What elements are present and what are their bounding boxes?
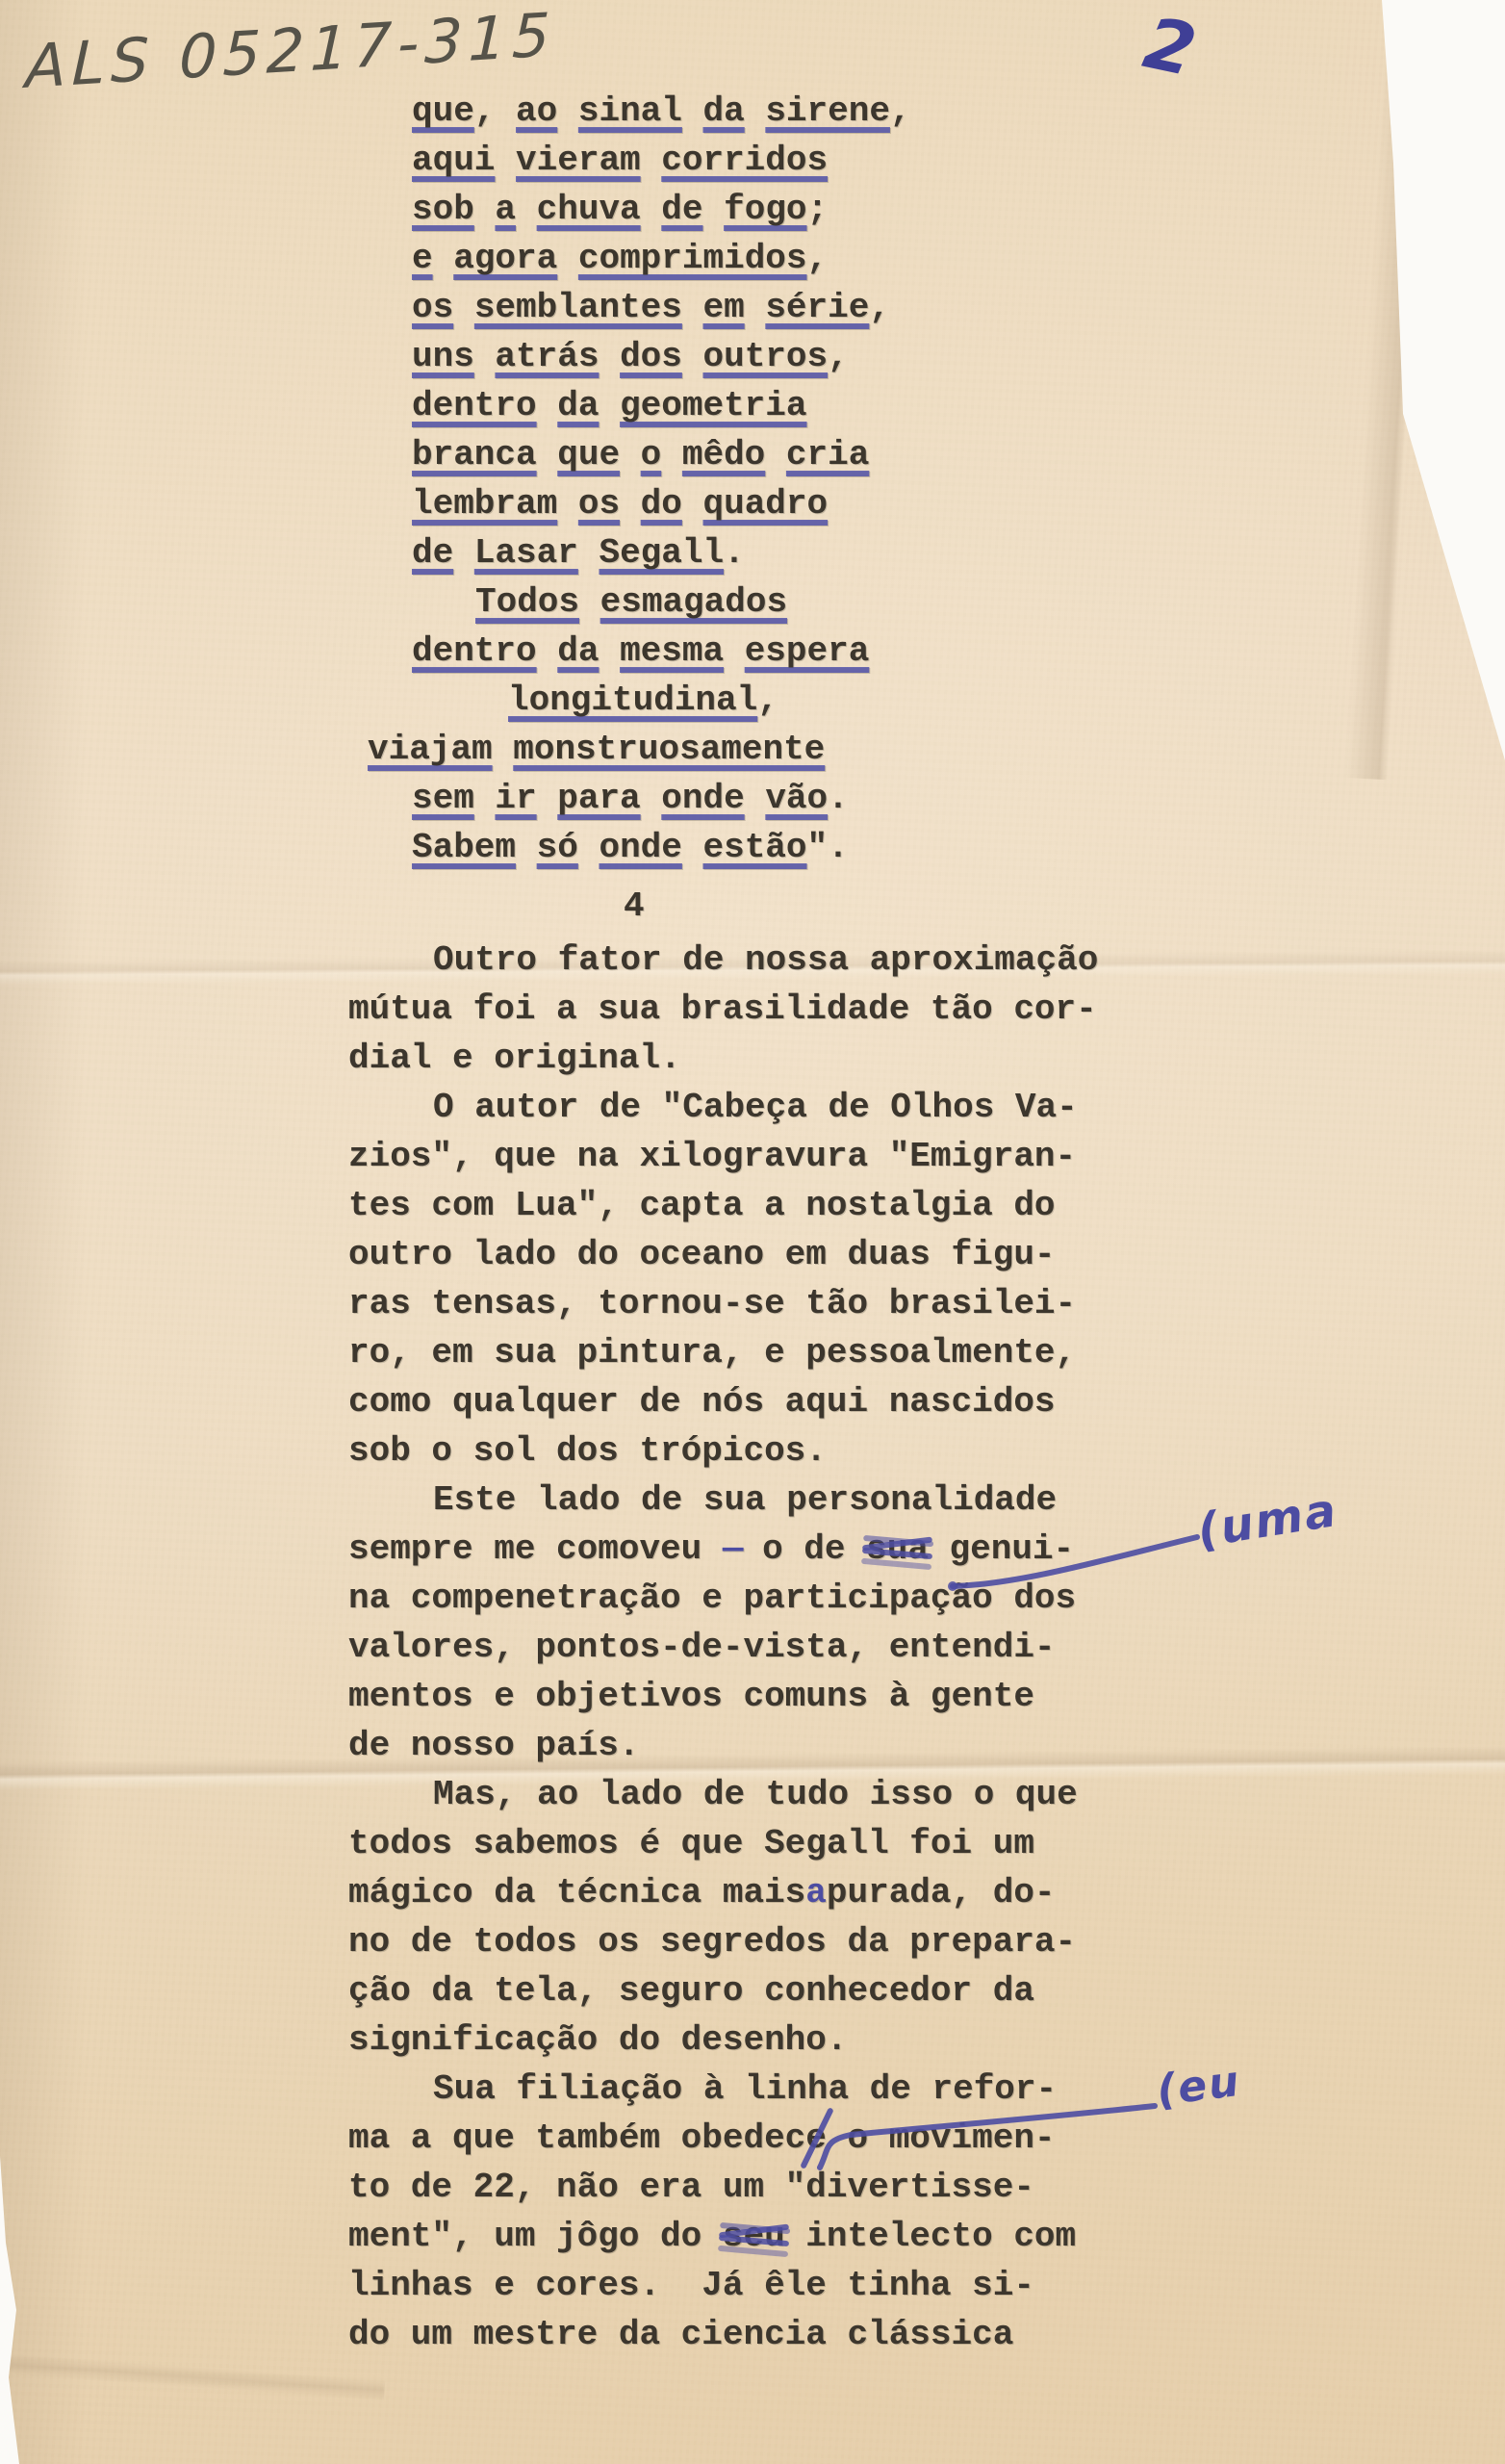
underlined-word: que xyxy=(412,91,474,131)
typed-text: outro lado do oceano em duas figu- xyxy=(348,1235,1056,1274)
poem-line: Todos esmagados xyxy=(475,577,911,627)
underlined-word: semblantes xyxy=(474,288,682,327)
poem-line: uns atrás dos outros, xyxy=(412,332,911,381)
underlined-word: dentro xyxy=(412,631,537,671)
typed-text: Mas, ao lado de tudo isso o que xyxy=(433,1775,1078,1814)
typed-text: O autor de "Cabeça de Olhos Va- xyxy=(433,1088,1078,1127)
blue-ink-correction-strike: seu xyxy=(723,2212,785,2261)
typed-text: do um mestre da ciencia clássica xyxy=(348,2315,1013,2354)
underlined-word: vão xyxy=(765,779,828,818)
underlined-word: atrás xyxy=(495,337,599,376)
left-edge-shading xyxy=(0,0,87,2464)
blue-ink-correction-blueslash: e xyxy=(805,2114,827,2163)
underlined-word: e xyxy=(412,239,433,278)
underlined-word: sirene xyxy=(765,91,890,131)
prose-line: ção da tela, seguro conhecedor da xyxy=(348,1966,1098,2015)
prose-line: do um mestre da ciencia clássica xyxy=(348,2310,1098,2359)
prose-line: zios", que na xilogravura "Emigran- xyxy=(348,1132,1098,1181)
underlined-word: agora xyxy=(453,239,557,278)
prose-line: ras tensas, tornou-se tão brasilei- xyxy=(348,1279,1098,1328)
underlined-word: para xyxy=(557,779,640,818)
typed-text: dial e original. xyxy=(348,1039,681,1078)
prose-block: Outro fator de nossa aproximaçãomútua fo… xyxy=(348,936,1098,2359)
prose-line: O autor de "Cabeça de Olhos Va- xyxy=(348,1083,1098,1132)
typed-text: ção da tela, seguro conhecedor da xyxy=(348,1971,1034,2011)
prose-line: dial e original. xyxy=(348,1034,1098,1083)
prose-line: valores, pontos-de-vista, entendi- xyxy=(348,1623,1098,1672)
underlined-word: mêdo xyxy=(682,435,765,475)
underlined-word: corridos xyxy=(661,141,828,180)
underlined-word: série xyxy=(765,288,869,327)
prose-line: outro lado do oceano em duas figu- xyxy=(348,1230,1098,1279)
poem-block: que, ao sinal da sirene,aqui vieram corr… xyxy=(412,87,911,872)
underlined-word: chuva xyxy=(537,190,641,229)
underlined-word: fogo xyxy=(724,190,806,229)
typed-text: linhas e cores. Já êle tinha si- xyxy=(348,2266,1034,2305)
underlined-word: ao xyxy=(516,91,557,131)
poem-line: lembram os do quadro xyxy=(412,479,911,528)
underlined-word: espera xyxy=(745,631,870,671)
prose-line: ro, em sua pintura, e pessoalmente, xyxy=(348,1328,1098,1377)
typed-text: no de todos os segredos da prepara- xyxy=(348,1922,1076,1962)
prose-line: sob o sol dos trópicos. xyxy=(348,1426,1098,1476)
typed-text: mútua foi a sua brasilidade tão cor- xyxy=(348,989,1097,1029)
prose-line: no de todos os segredos da prepara- xyxy=(348,1917,1098,1966)
underlined-word: uns xyxy=(412,337,474,376)
underlined-word: da xyxy=(557,631,599,671)
paper-sheet: ALS 05217-315 2 que, ao sinal da sirene,… xyxy=(0,0,1505,2464)
typed-text: mentos e objetivos comuns à gente xyxy=(348,1677,1034,1716)
typed-text: sempre me comoveu xyxy=(348,1529,723,1569)
underlined-word: Sabem xyxy=(412,828,516,867)
margin-note-uma: (uma xyxy=(1194,1483,1341,1558)
prose-line: significação do desenho. xyxy=(348,2015,1098,2065)
underlined-word: longitudinal xyxy=(508,680,757,720)
typed-text: Outro fator de nossa aproximação xyxy=(433,940,1098,980)
underlined-word: comprimidos xyxy=(578,239,807,278)
underlined-word: de xyxy=(661,190,702,229)
underlined-word: da xyxy=(557,386,599,425)
underlined-word: Todos xyxy=(475,582,579,622)
prose-line: Outro fator de nossa aproximação xyxy=(348,936,1098,985)
underlined-word: onde xyxy=(599,828,681,867)
underlined-word: os xyxy=(412,288,453,327)
typed-text: na compenetração e participação dos xyxy=(348,1578,1076,1618)
poem-line: viajam monstruosamente xyxy=(368,725,911,774)
underlined-word: só xyxy=(537,828,578,867)
typed-text: o movimen- xyxy=(827,2118,1056,2158)
prose-line: ma a que também obedece o movimen- xyxy=(348,2114,1098,2163)
underlined-word: viajam xyxy=(368,730,493,769)
typed-text: ras tensas, tornou-se tão brasilei- xyxy=(348,1284,1076,1323)
typed-text: ment", um jôgo do xyxy=(348,2217,723,2256)
underlined-word: Segall xyxy=(599,533,724,573)
poem-line: Sabem só onde estão". xyxy=(412,823,911,872)
typed-text: tes com Lua", capta a nostalgia do xyxy=(348,1186,1056,1225)
typed-text: to de 22, não era um "divertisse- xyxy=(348,2168,1034,2207)
underlined-word: mesma xyxy=(620,631,724,671)
underlined-word: esmagados xyxy=(600,582,787,622)
typed-text: sob o sol dos trópicos. xyxy=(348,1431,827,1471)
typed-text: de nosso país. xyxy=(348,1726,639,1765)
typed-text: o de xyxy=(741,1529,866,1569)
typed-text: ro, em sua pintura, e pessoalmente, xyxy=(348,1333,1076,1373)
poem-line: longitudinal, xyxy=(508,676,911,725)
typed-text: ma a que também obedec xyxy=(348,2118,805,2158)
prose-line: mágico da técnica maisapurada, do- xyxy=(348,1868,1098,1917)
paper-right-edge-shadow xyxy=(1345,0,1441,781)
underlined-word: sem xyxy=(412,779,474,818)
underlined-word: de xyxy=(412,533,453,573)
blue-ink-correction-bluedash: — xyxy=(723,1529,742,1569)
poem-line: sob a chuva de fogo; xyxy=(412,185,911,234)
poem-line: aqui vieram corridos xyxy=(412,136,911,185)
underlined-word: da xyxy=(703,91,745,131)
prose-line: como qualquer de nós aqui nascidos xyxy=(348,1377,1098,1426)
underlined-word: branca xyxy=(412,435,537,475)
poem-line: branca que o mêdo cria xyxy=(412,430,911,479)
prose-line: Sua filiação à linha de refor- xyxy=(348,2065,1098,2114)
blue-ink-correction-strike: sua xyxy=(866,1525,929,1574)
underlined-word: do xyxy=(641,484,682,524)
typed-text: intelecto com xyxy=(785,2217,1076,2256)
underlined-word: cria xyxy=(786,435,869,475)
poem-line: dentro da geometria xyxy=(412,381,911,430)
prose-line: linhas e cores. Já êle tinha si- xyxy=(348,2261,1098,2310)
poem-line: e agora comprimidos, xyxy=(412,234,911,283)
underlined-word: onde xyxy=(661,779,744,818)
poem-line: sem ir para onde vão. xyxy=(412,774,911,823)
underlined-word: ir xyxy=(495,779,536,818)
underlined-word: quadro xyxy=(703,484,829,524)
prose-line: todos sabemos é que Segall foi um xyxy=(348,1819,1098,1868)
prose-line: tes com Lua", capta a nostalgia do xyxy=(348,1181,1098,1230)
underlined-word: os xyxy=(578,484,620,524)
prose-line: mútua foi a sua brasilidade tão cor- xyxy=(348,985,1098,1034)
typed-text: zios", que na xilogravura "Emigran- xyxy=(348,1137,1076,1176)
scanned-typescript-page: ALS 05217-315 2 que, ao sinal da sirene,… xyxy=(0,0,1505,2464)
underlined-word: lembram xyxy=(412,484,557,524)
underlined-word: outros xyxy=(702,337,828,376)
typed-text: purada, do- xyxy=(827,1873,1056,1912)
underlined-word: estão xyxy=(703,828,807,867)
prose-line: to de 22, não era um "divertisse- xyxy=(348,2163,1098,2212)
poem-line: dentro da mesma espera xyxy=(412,627,911,676)
underlined-word: em xyxy=(702,288,744,327)
prose-line: na compenetração e participação dos xyxy=(348,1574,1098,1623)
poem-line: que, ao sinal da sirene, xyxy=(412,87,911,136)
underlined-word: monstruosamente xyxy=(513,730,825,769)
typed-text: genui- xyxy=(929,1529,1074,1569)
underlined-word: dos xyxy=(620,337,682,376)
section-number: 4 xyxy=(624,887,645,926)
underlined-word: aqui xyxy=(412,141,495,180)
prose-line: mentos e objetivos comuns à gente xyxy=(348,1672,1098,1721)
prose-line: Mas, ao lado de tudo isso o que xyxy=(348,1770,1098,1819)
underlined-word: vieram xyxy=(516,141,641,180)
typed-text: todos sabemos é que Segall foi um xyxy=(348,1824,1034,1863)
blue-ink-correction-blueins: a xyxy=(805,1873,827,1912)
underlined-word: a xyxy=(495,190,516,229)
poem-line: os semblantes em série, xyxy=(412,283,911,332)
underlined-word: dentro xyxy=(412,386,537,425)
underlined-word: que xyxy=(557,435,620,475)
poem-line: de Lasar Segall. xyxy=(412,528,911,577)
typed-text: mágico da técnica mais xyxy=(348,1873,805,1912)
underlined-word: o xyxy=(641,435,662,475)
prose-line: Este lado de sua personalidade xyxy=(348,1476,1098,1525)
prose-line: de nosso país. xyxy=(348,1721,1098,1770)
prose-line: sempre me comoveu — o de sua genui- xyxy=(348,1525,1098,1574)
underlined-word: Lasar xyxy=(474,533,578,573)
typed-text: como qualquer de nós aqui nascidos xyxy=(348,1382,1056,1422)
underlined-word: geometria xyxy=(620,386,806,425)
prose-line: ment", um jôgo do seu intelecto com xyxy=(348,2212,1098,2261)
typed-text: significação do desenho. xyxy=(348,2020,847,2060)
typed-text: valores, pontos-de-vista, entendi- xyxy=(348,1628,1056,1667)
underlined-word: sinal xyxy=(578,91,682,131)
typed-text: Sua filiação à linha de refor- xyxy=(433,2069,1057,2109)
underlined-word: sob xyxy=(412,190,474,229)
page-number-annotation: 2 xyxy=(1137,2,1203,93)
margin-note-eu: (eu xyxy=(1154,2057,1243,2116)
typed-text: Este lado de sua personalidade xyxy=(433,1480,1057,1520)
